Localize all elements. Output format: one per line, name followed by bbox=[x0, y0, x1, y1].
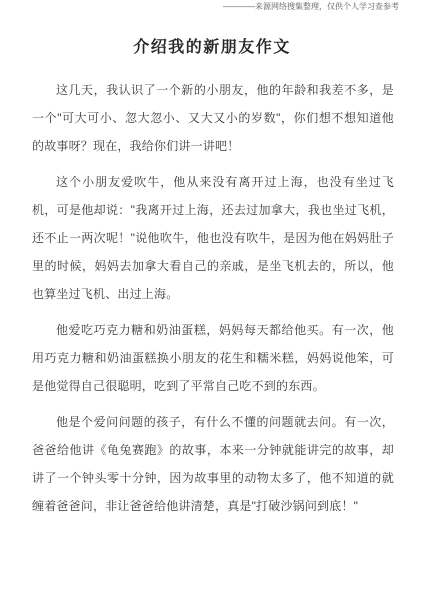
source-disclaimer-note: ————来源网络搜集整理，仅供个人学习查参考 bbox=[223, 2, 399, 12]
essay-paragraph-2: 这个小朋友爱吹牛，他从来没有离开过上海，也没有坐过飞机，可是他却说："我离开过上… bbox=[32, 168, 394, 308]
essay-title: 介绍我的新朋友作文 bbox=[0, 38, 424, 58]
essay-paragraph-1: 这几天，我认识了一个新的小朋友，他的年龄和我差不多，是一个"可大可小、忽大忽小、… bbox=[32, 76, 394, 160]
document-page: ————来源网络搜集整理，仅供个人学习查参考 介绍我的新朋友作文 这几天，我认识… bbox=[0, 0, 424, 600]
essay-body: 这几天，我认识了一个新的小朋友，他的年龄和我差不多，是一个"可大可小、忽大忽小、… bbox=[32, 76, 394, 528]
essay-paragraph-4: 他是个爱问问题的孩子，有什么不懂的问题就去问。有一次，爸爸给他讲《龟兔赛跑》的故… bbox=[32, 408, 394, 520]
essay-paragraph-3: 他爱吃巧克力糖和奶油蛋糕，妈妈每天都给他买。有一次，他用巧克力糖和奶油蛋糕换小朋… bbox=[32, 316, 394, 400]
